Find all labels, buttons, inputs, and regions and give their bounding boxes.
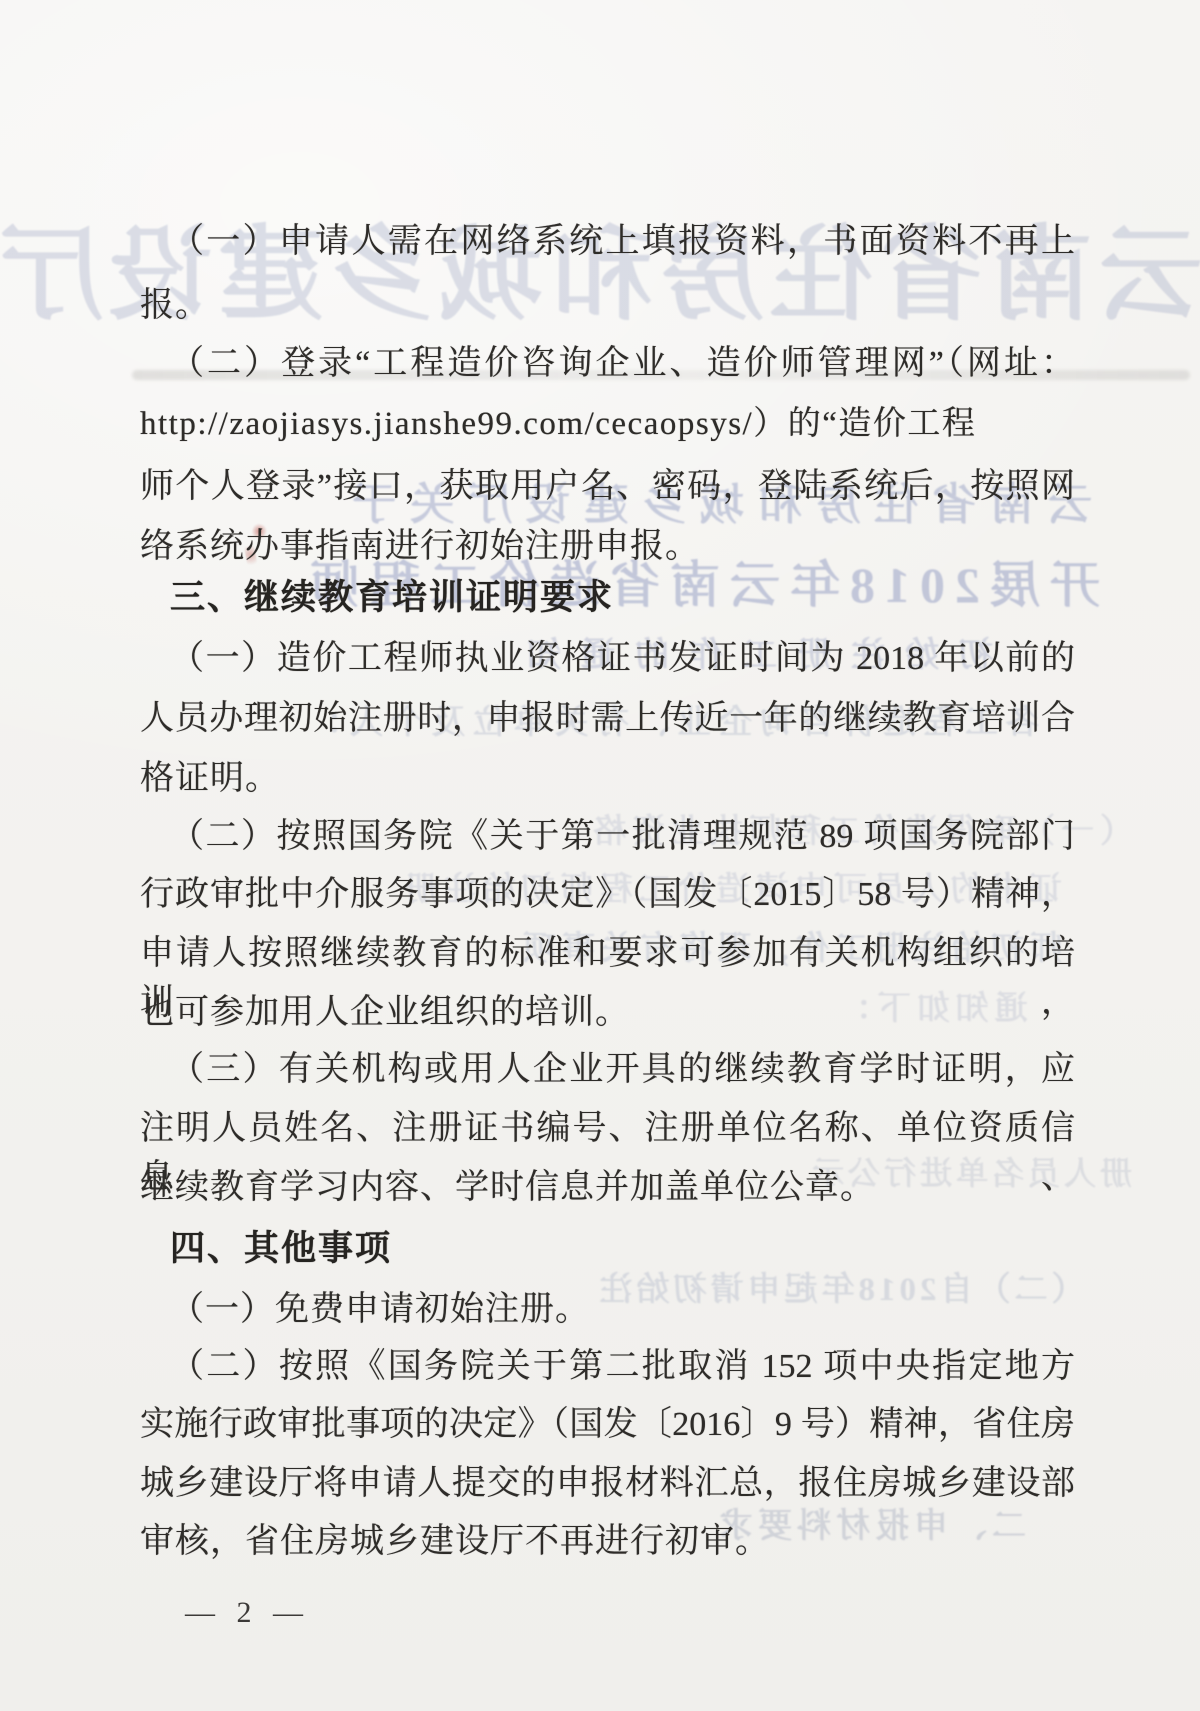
doc-line: 城乡建设厅将申请人提交的申报材料汇总，报住房城乡建设部 — [140, 1455, 1075, 1504]
doc-line: 格证明。 — [140, 750, 1075, 799]
section-heading-4: 四、其他事项 — [170, 1221, 1075, 1271]
doc-line: （一）造价工程师执业资格证书发证时间为 2018 年以前的 — [170, 630, 1075, 679]
doc-line: 人员办理初始注册时，申报时需上传近一年的继续教育培训合 — [140, 690, 1075, 739]
doc-line: 师个人登录”接口，获取用户名、密码，登陆系统后，按照网 — [140, 458, 1075, 507]
section-heading-3: 三、继续教育培训证明要求 — [170, 570, 1075, 620]
doc-line: 络系统办事指南进行初始注册申报。 — [140, 518, 1075, 567]
doc-line-url: http://zaojiasys.jianshe99.com/cecaopsys… — [140, 397, 1075, 444]
doc-line: （二）按照《国务院关于第二批取消 152 项中央指定地方 — [170, 1338, 1075, 1387]
doc-line: 实施行政审批事项的决定》（国发〔2016〕9 号）精神，省住房 — [140, 1396, 1075, 1445]
doc-line: 审核，省住房城乡建设厅不再进行初审。 — [140, 1513, 1075, 1562]
doc-line: 报。 — [140, 277, 1075, 326]
doc-line: （一）免费申请初始注册。 — [170, 1281, 1075, 1330]
doc-line: （三）有关机构或用人企业开具的继续教育学时证明，应 — [170, 1041, 1075, 1090]
page-number: — 2 — — [185, 1596, 310, 1630]
doc-line: （二）按照国务院《关于第一批清理规范 89 项国务院部门 — [170, 808, 1075, 857]
doc-line: 也可参加用人企业组织的培训。 — [140, 984, 1075, 1033]
scanned-document-page: 云南省住房和城乡建设厅 云南省住房和城乡建设厅关于 开展2018年云南省造价工程… — [0, 0, 1200, 1711]
doc-line: 行政审批中介服务事项的决定》（国发〔2015〕58 号）精神， — [140, 866, 1075, 915]
doc-line: 继续教育学习内容、学时信息并加盖单位公章。 — [140, 1159, 1075, 1208]
doc-line: （二）登录“工程造价咨询企业、造价师管理网”（网址： — [170, 335, 1075, 384]
doc-line: （一）申请人需在网络系统上填报资料，书面资料不再上 — [170, 213, 1075, 262]
